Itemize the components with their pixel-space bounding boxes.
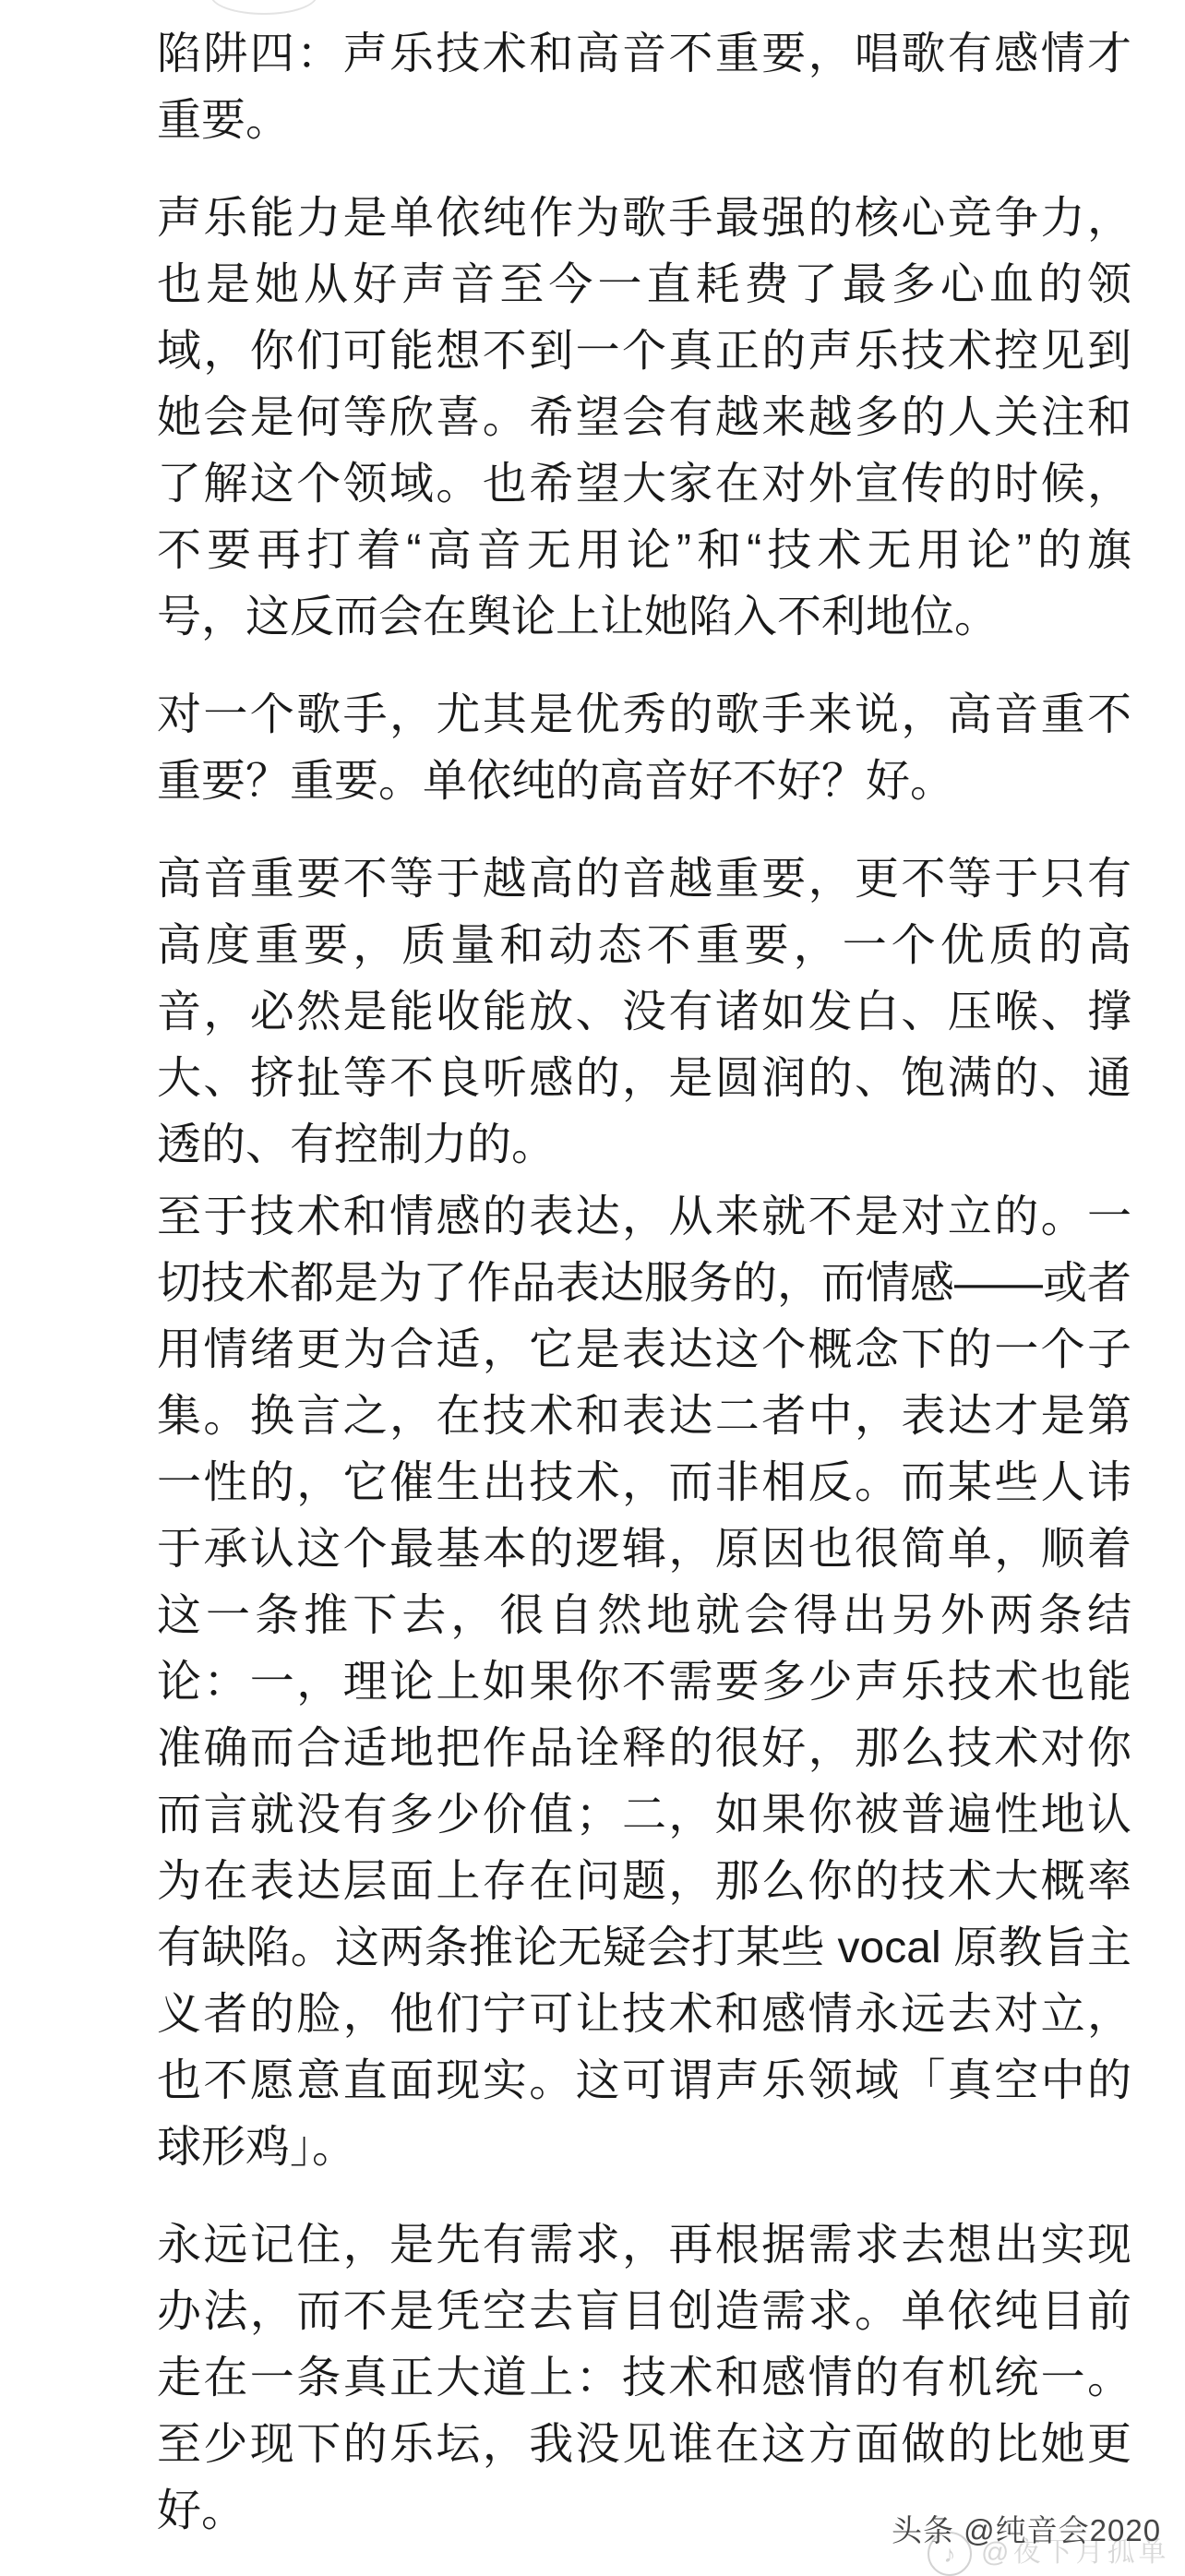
text-line: 对一个歌手，尤其是优秀的歌手来说，高音重不 [157, 682, 1131, 749]
text-line: 声乐能力是单依纯作为歌手最强的核心竞争力， [157, 186, 1131, 252]
text-line: 高度重要，质量和动态不重要，一个优质的高 [157, 913, 1131, 979]
text-line: 号，这反而会在舆论上让她陷入不利地位。 [157, 584, 1131, 651]
paragraph: 高音重要不等于越高的音越重要，更不等于只有高度重要，质量和动态不重要，一个优质的… [157, 846, 1131, 1179]
text-line: 大、挤扯等不良听感的，是圆润的、饱满的、通 [157, 1046, 1131, 1112]
text-line: 集。换言之，在技术和表达二者中，表达才是第 [157, 1384, 1131, 1450]
text-line: 她会是何等欣喜。希望会有越来越多的人关注和 [157, 385, 1131, 451]
paragraph: 陷阱四：声乐技术和高音不重要，唱歌有感情才重要。 [157, 21, 1131, 154]
text-line: 域，你们可能想不到一个真正的声乐技术控见到 [157, 318, 1131, 385]
text-line: 一性的，它催生出技术，而非相反。而某些人讳 [157, 1450, 1131, 1516]
paragraph: 声乐能力是单依纯作为歌手最强的核心竞争力，也是她从好声音至今一直耗费了最多心血的… [157, 186, 1131, 651]
text-line: 也是她从好声音至今一直耗费了最多心血的领 [157, 252, 1131, 318]
text-line: 至于技术和情感的表达，从来就不是对立的。一 [157, 1184, 1131, 1251]
text-line: 用情绪更为合适，它是表达这个概念下的一个子 [157, 1317, 1131, 1384]
text-line: 至少现下的乐坛，我没见谁在这方面做的比她更 [157, 2412, 1131, 2478]
text-line: 于承认这个最基本的逻辑，原因也很简单，顺着 [157, 1516, 1131, 1583]
faint-arc-decoration [210, 0, 317, 15]
text-line: 球形鸡」。 [157, 2115, 1131, 2181]
paragraph: 对一个歌手，尤其是优秀的歌手来说，高音重不重要？重要。单依纯的高音好不好？好。 [157, 682, 1131, 815]
text-line: 为在表达层面上存在问题，那么你的技术大概率 [157, 1849, 1131, 1915]
toutiao-author-watermark: 头条 @纯音会2020 [892, 2512, 1161, 2549]
text-line: 重要？重要。单依纯的高音好不好？好。 [157, 749, 1131, 815]
text-line: 也不愿意直面现实。这可谓声乐领域「真空中的 [157, 2048, 1131, 2115]
text-line: 走在一条真正大道上：技术和感情的有机统一。 [157, 2345, 1131, 2412]
text-line: 论：一，理论上如果你不需要多少声乐技术也能 [157, 1649, 1131, 1716]
text-line: 了解这个领域。也希望大家在对外宣传的时候， [157, 451, 1131, 518]
text-line: 音，必然是能收能放、没有诸如发白、压喉、撑 [157, 979, 1131, 1046]
article-text: 陷阱四：声乐技术和高音不重要，唱歌有感情才重要。声乐能力是单依纯作为歌手最强的核… [157, 21, 1131, 2576]
text-line: 透的、有控制力的。 [157, 1112, 1131, 1179]
text-line: 切技术都是为了作品表达服务的，而情感——或者 [157, 1251, 1131, 1317]
paragraph: 永远记住，是先有需求，再根据需求去想出实现办法，而不是凭空去盲目创造需求。单依纯… [157, 2212, 1131, 2545]
screenshot-canvas: 陷阱四：声乐技术和高音不重要，唱歌有感情才重要。声乐能力是单依纯作为歌手最强的核… [0, 0, 1185, 2576]
text-line: 不要再打着“高音无用论”和“技术无用论”的旗 [157, 518, 1131, 584]
text-line: 高音重要不等于越高的音越重要，更不等于只有 [157, 846, 1131, 913]
text-line: 这一条推下去，很自然地就会得出另外两条结 [157, 1583, 1131, 1649]
text-line: 陷阱四：声乐技术和高音不重要，唱歌有感情才 [157, 21, 1131, 88]
text-line: 永远记住，是先有需求，再根据需求去想出实现 [157, 2212, 1131, 2279]
text-line: 有缺陷。这两条推论无疑会打某些 vocal 原教旨主 [157, 1915, 1131, 1982]
text-line: 办法，而不是凭空去盲目创造需求。单依纯目前 [157, 2279, 1131, 2345]
paragraph: 至于技术和情感的表达，从来就不是对立的。一切技术都是为了作品表达服务的，而情感—… [157, 1184, 1131, 2181]
text-line: 准确而合适地把作品诠释的很好，那么技术对你 [157, 1716, 1131, 1782]
text-line: 义者的脸，他们宁可让技术和感情永远去对立， [157, 1982, 1131, 2048]
text-line: 重要。 [157, 88, 1131, 154]
text-line: 而言就没有多少价值；二，如果你被普遍性地认 [157, 1782, 1131, 1849]
